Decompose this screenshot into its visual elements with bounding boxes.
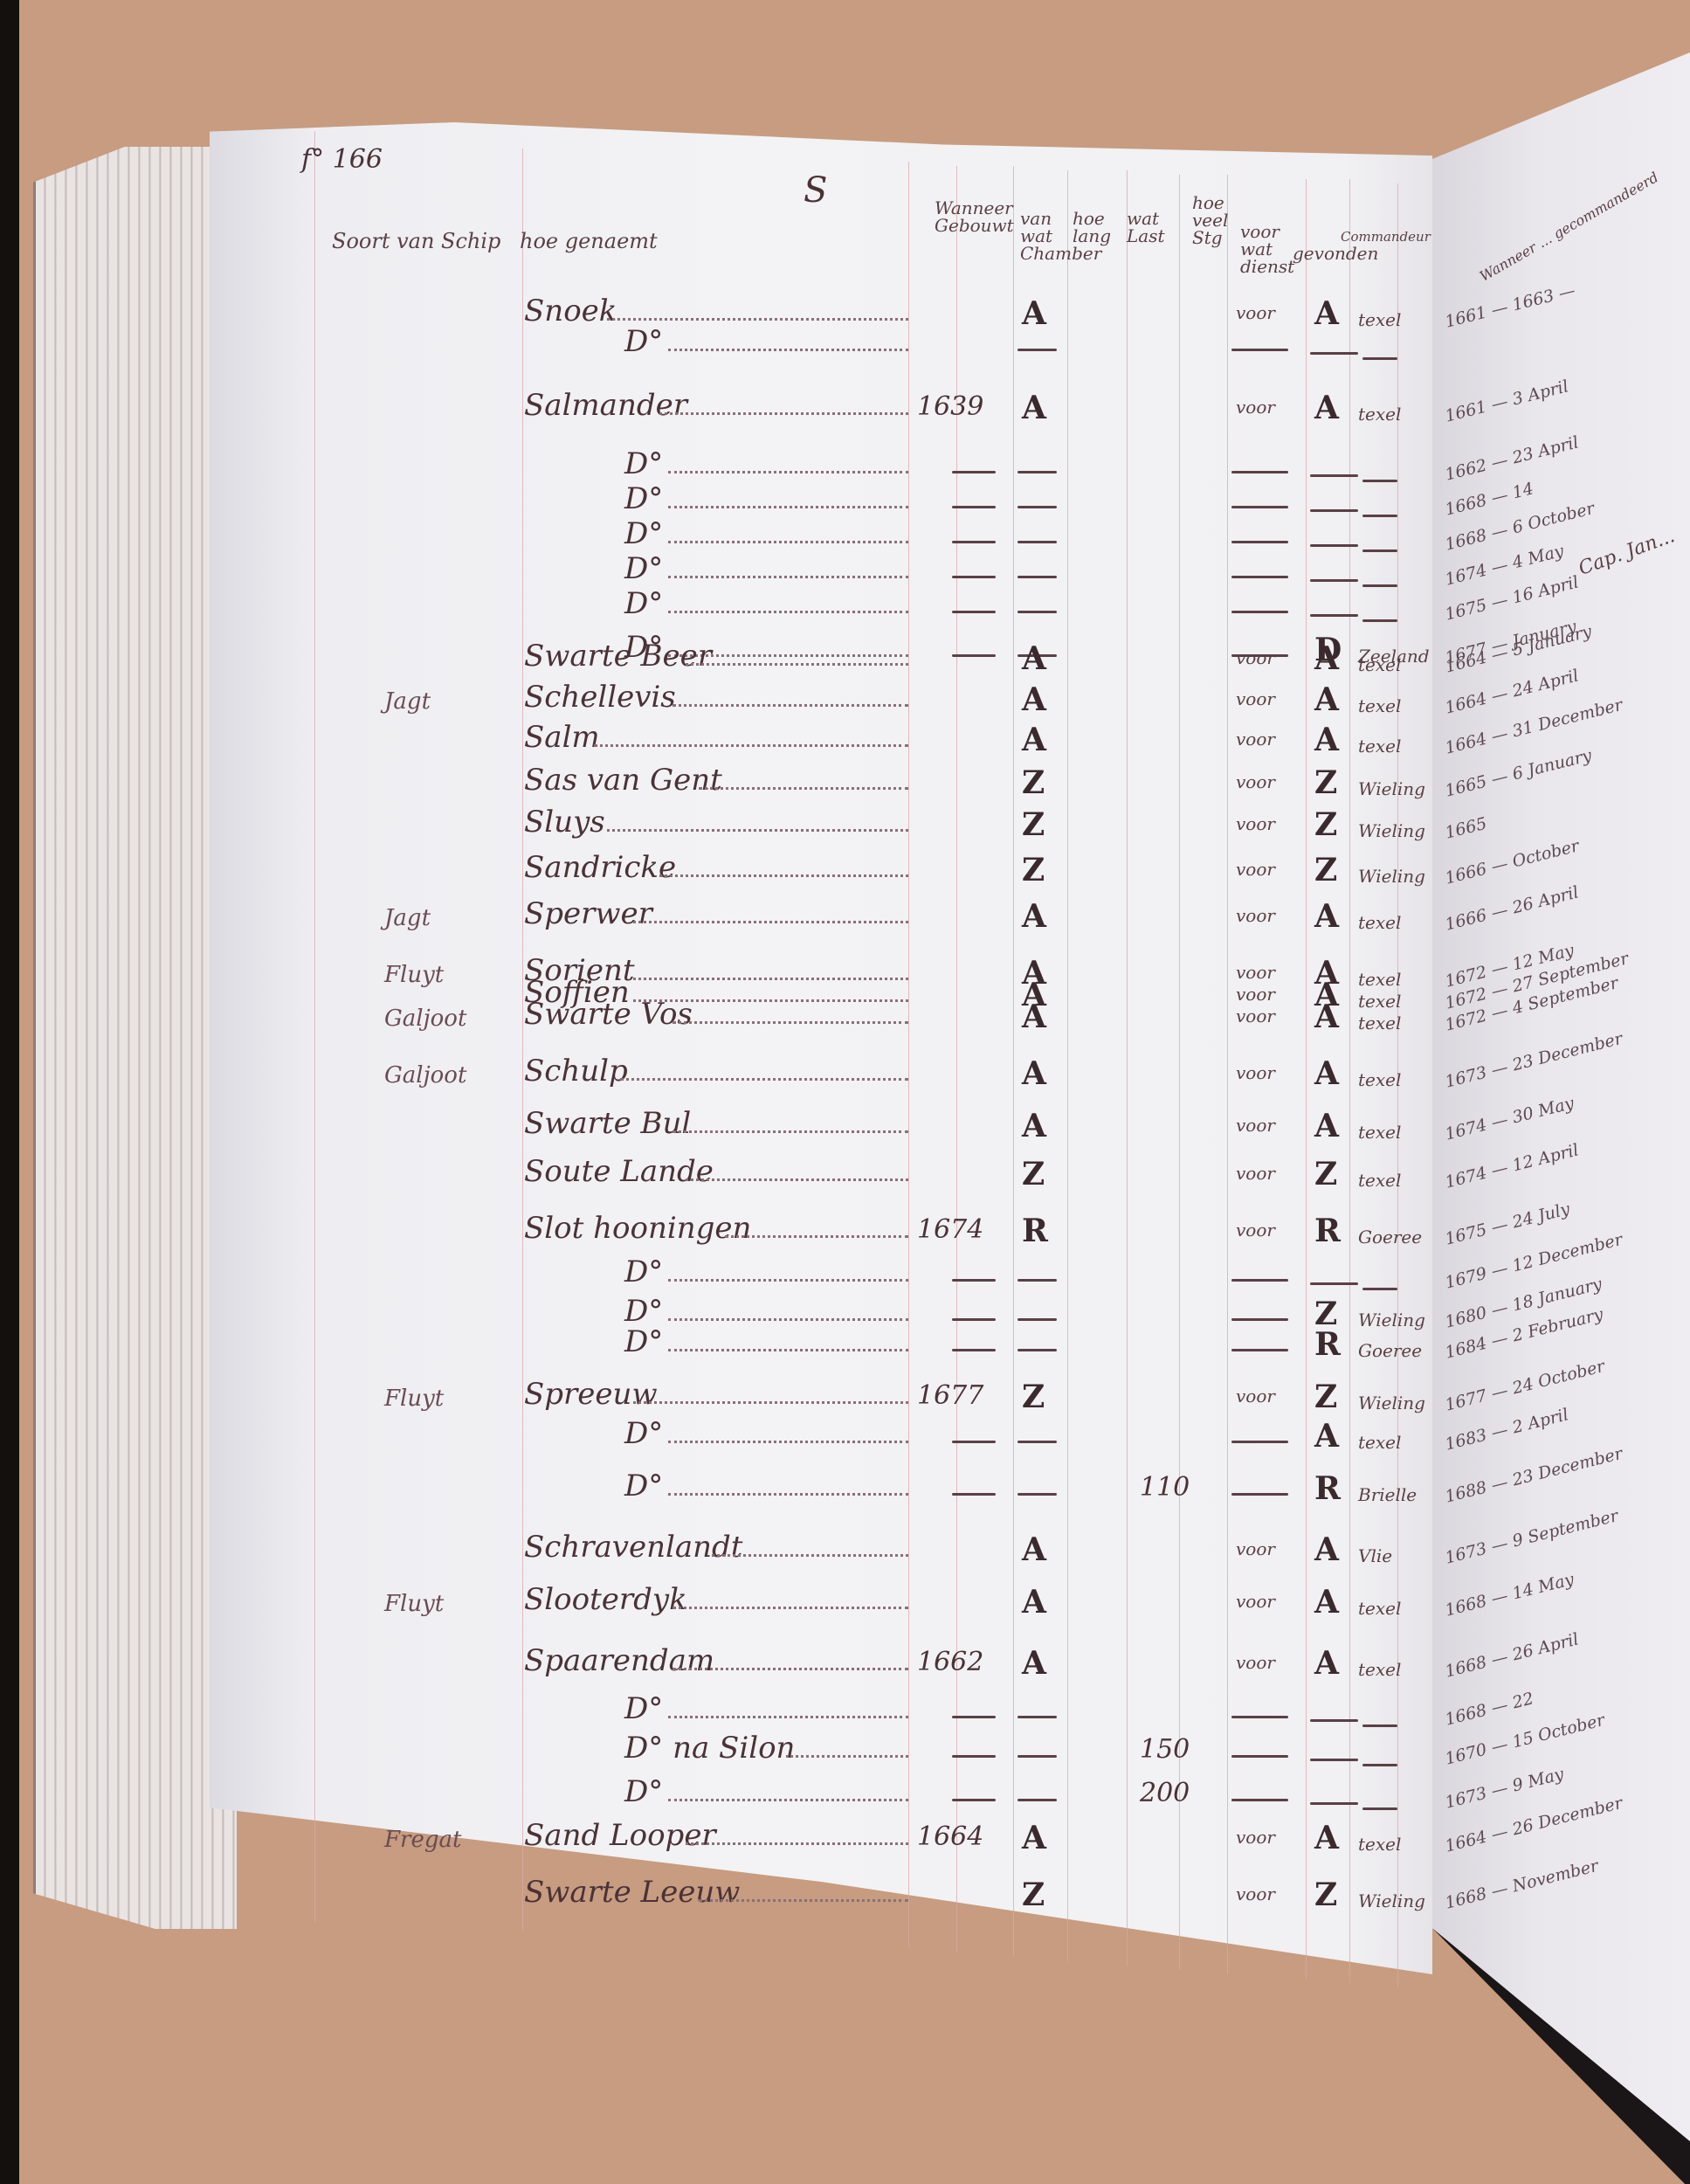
dotted-leader — [659, 412, 908, 415]
ditto-dash — [1017, 541, 1057, 543]
column-rule — [1127, 170, 1128, 1966]
ditto-dash — [1231, 611, 1288, 613]
column-rule — [956, 166, 957, 1952]
dotted-leader — [594, 744, 908, 747]
ditto-dash — [1231, 576, 1288, 578]
found-chamber-letter: A — [1314, 1055, 1339, 1092]
dotted-leader — [668, 349, 908, 351]
place-name: texel — [1358, 1170, 1401, 1191]
header-chamber: van wat Chamber — [1020, 210, 1073, 262]
ship-name: D° — [624, 1324, 663, 1359]
ditto-dash — [952, 576, 996, 578]
ship-name: Swarte Leeuw — [524, 1875, 740, 1910]
ditto-dash — [952, 1799, 996, 1801]
chamber-letter: Z — [1022, 1379, 1045, 1415]
destination-voor: voor — [1236, 647, 1275, 668]
ship-name: D° — [624, 1774, 663, 1809]
found-chamber-letter: Z — [1314, 1876, 1337, 1913]
ditto-dash — [1362, 1807, 1397, 1810]
chamber-letter: Z — [1022, 1876, 1045, 1913]
place-name: texel — [1358, 1069, 1401, 1090]
found-chamber-letter: Z — [1314, 1156, 1337, 1192]
ditto-dash — [1017, 611, 1057, 613]
destination-voor: voor — [1236, 1006, 1275, 1026]
ship-name: D° — [624, 516, 663, 551]
ship-type: Galjoot — [384, 1062, 466, 1089]
last-value: 150 — [1140, 1734, 1190, 1765]
ditto-dash — [1231, 349, 1288, 351]
place-name: texel — [1358, 1432, 1401, 1453]
dotted-leader — [668, 576, 908, 578]
column-rule — [1306, 179, 1307, 1979]
found-chamber-letter: A — [1314, 999, 1339, 1035]
ditto-dash — [952, 1279, 996, 1282]
chamber-letter: A — [1022, 640, 1046, 677]
built-year: 1639 — [917, 391, 983, 422]
ditto-dash — [952, 506, 996, 508]
dotted-leader — [607, 318, 908, 321]
place-name: Goeree — [1358, 1340, 1422, 1361]
ship-name: Sperwer — [524, 896, 652, 931]
ditto-dash — [1231, 1441, 1288, 1443]
place-name: texel — [1358, 969, 1401, 990]
dotted-leader — [686, 663, 908, 666]
dotted-leader — [673, 704, 908, 707]
ditto-dash — [952, 1349, 996, 1351]
dotted-leader — [633, 921, 908, 923]
ditto-dash — [1310, 1802, 1358, 1805]
found-chamber-letter: A — [1314, 681, 1339, 718]
destination-voor: voor — [1236, 771, 1275, 792]
found-chamber-letter: R — [1314, 1326, 1341, 1363]
dotted-leader — [699, 1899, 908, 1902]
chamber-letter: A — [1022, 722, 1046, 758]
dotted-leader — [659, 874, 908, 877]
ship-name: Sandricke — [524, 850, 676, 885]
place-name: texel — [1358, 1013, 1401, 1033]
built-year: 1662 — [917, 1647, 983, 1677]
destination-voor: voor — [1236, 729, 1275, 750]
destination-voor: voor — [1236, 1591, 1275, 1612]
ditto-dash — [952, 471, 996, 473]
ditto-dash — [1310, 1759, 1358, 1761]
ship-name: Salmander — [524, 388, 687, 423]
destination-voor: voor — [1236, 813, 1275, 834]
ship-type: Jagt — [384, 688, 431, 715]
ship-name: Swarte Vos — [524, 997, 693, 1032]
ship-name: Spaarendam — [524, 1643, 714, 1678]
place-name: texel — [1358, 912, 1401, 933]
letter-heading: S — [804, 170, 827, 211]
ditto-dash — [1310, 509, 1358, 512]
ditto-dash — [1362, 357, 1397, 360]
ditto-dash — [952, 1755, 996, 1758]
dotted-leader — [668, 541, 908, 543]
ship-type: Fluyt — [384, 1591, 444, 1617]
ship-name: D° — [624, 1416, 663, 1451]
ditto-dash — [1017, 1493, 1057, 1496]
ship-name: Sand Looper — [524, 1818, 716, 1853]
ditto-dash — [952, 1441, 996, 1443]
dotted-leader — [633, 978, 908, 980]
header-last: wat Last — [1127, 210, 1170, 245]
destination-voor: voor — [1236, 1062, 1275, 1083]
ship-name: D° — [624, 446, 663, 481]
ditto-dash — [1231, 506, 1288, 508]
found-chamber-letter: A — [1314, 898, 1339, 935]
ditto-dash — [1310, 579, 1358, 582]
ship-name: Swarte Beer — [524, 639, 712, 674]
ship-name: D° — [624, 481, 663, 516]
dotted-leader — [699, 787, 908, 790]
ship-name: D° — [624, 551, 663, 586]
ditto-dash — [1310, 1719, 1358, 1722]
column-rule — [908, 162, 909, 1948]
dotted-leader — [668, 1279, 908, 1282]
destination-voor: voor — [1236, 1883, 1275, 1904]
dotted-leader — [686, 1178, 908, 1181]
ditto-dash — [1231, 1349, 1288, 1351]
dotted-leader — [725, 1235, 908, 1238]
header-stg: hoe veel Stg — [1192, 194, 1227, 246]
found-chamber-letter: Z — [1314, 806, 1337, 843]
ditto-dash — [1231, 1716, 1288, 1718]
ship-name: Snoek — [524, 294, 617, 328]
ditto-dash — [1362, 549, 1397, 552]
chamber-letter: A — [1022, 295, 1046, 332]
found-chamber-letter: A — [1314, 1108, 1339, 1144]
ditto-dash — [1231, 541, 1288, 543]
dotted-leader — [786, 1755, 908, 1758]
ditto-dash — [1362, 1288, 1397, 1290]
ship-name: Salm — [524, 720, 600, 755]
place-name: texel — [1358, 1598, 1401, 1619]
ditto-dash — [1362, 515, 1397, 517]
dotted-leader — [673, 1021, 908, 1024]
ditto-dash — [952, 654, 996, 657]
place-name: Wieling — [1358, 866, 1425, 887]
place-name: Goeree — [1358, 1227, 1422, 1248]
place-name: Wieling — [1358, 1310, 1425, 1330]
header-built: Wanneer Gebouwt — [935, 199, 1004, 234]
destination-voor: voor — [1236, 1652, 1275, 1673]
ship-name: Schellevis — [524, 680, 676, 715]
ship-type: Fluyt — [384, 962, 444, 988]
dotted-leader — [712, 1554, 908, 1557]
folio-number: f° 166 — [301, 144, 383, 175]
destination-voor: voor — [1236, 1827, 1275, 1848]
ship-name: D° — [624, 324, 663, 359]
header-found: gevonden — [1293, 243, 1378, 264]
destination-voor: voor — [1236, 1220, 1275, 1241]
ditto-dash — [1362, 584, 1397, 587]
dotted-leader — [673, 1607, 908, 1609]
ditto-dash — [1017, 506, 1057, 508]
place-name: texel — [1358, 991, 1401, 1012]
dotted-leader — [673, 1668, 908, 1670]
ditto-dash — [952, 611, 996, 613]
found-chamber-letter: A — [1314, 295, 1339, 332]
chamber-letter: Z — [1022, 852, 1045, 888]
column-rule — [1349, 179, 1350, 1983]
chamber-letter: Z — [1022, 806, 1045, 843]
chamber-letter: A — [1022, 1584, 1046, 1621]
ditto-dash — [1231, 471, 1288, 473]
ditto-dash — [1362, 480, 1397, 482]
ditto-dash — [1231, 1318, 1288, 1321]
built-year: 1677 — [917, 1380, 983, 1411]
header-name: hoe genaemt — [520, 229, 658, 253]
found-chamber-letter: A — [1314, 1418, 1339, 1455]
ditto-dash — [1310, 352, 1358, 355]
ditto-dash — [1017, 349, 1057, 351]
found-chamber-letter: A — [1314, 1531, 1339, 1568]
ship-name: Sluys — [524, 805, 605, 840]
ditto-dash — [1017, 1318, 1057, 1321]
place-name: texel — [1358, 1834, 1401, 1855]
ditto-dash — [952, 1318, 996, 1321]
column-rule — [314, 131, 315, 1922]
chamber-letter: A — [1022, 1820, 1046, 1856]
ditto-dash — [1310, 544, 1358, 547]
place-name: Wieling — [1358, 1890, 1425, 1911]
chamber-letter: R — [1022, 1213, 1048, 1249]
column-rule — [1067, 170, 1068, 1961]
ditto-dash — [1362, 619, 1397, 622]
ditto-dash — [1017, 1716, 1057, 1718]
found-chamber-letter: R — [1314, 1470, 1341, 1507]
place-name: texel — [1358, 695, 1401, 716]
built-year: 1674 — [917, 1214, 983, 1245]
column-rule — [1227, 175, 1228, 1974]
ditto-dash — [952, 1716, 996, 1718]
found-chamber-letter: A — [1314, 1645, 1339, 1682]
dotted-leader — [668, 1716, 908, 1718]
ship-name: Schulp — [524, 1054, 628, 1089]
ditto-dash — [1017, 471, 1057, 473]
chamber-letter: A — [1022, 681, 1046, 718]
ship-name: D° na Silon — [624, 1731, 795, 1766]
destination-voor: voor — [1236, 688, 1275, 709]
place-name: texel — [1358, 309, 1401, 330]
chamber-letter: A — [1022, 999, 1046, 1035]
ditto-dash — [1362, 1764, 1397, 1766]
page-stack-edges — [33, 147, 237, 1929]
place-name: Wieling — [1358, 820, 1425, 841]
ship-name: Slot hooningen — [524, 1211, 751, 1246]
place-name: texel — [1358, 404, 1401, 425]
place-name: texel — [1358, 736, 1401, 757]
ditto-dash — [1017, 1799, 1057, 1801]
dotted-leader — [668, 611, 908, 613]
found-chamber-letter: R — [1314, 1213, 1341, 1249]
last-value: 110 — [1140, 1472, 1190, 1503]
ship-type: Fluyt — [384, 1386, 444, 1412]
destination-voor: voor — [1236, 1163, 1275, 1184]
chamber-letter: A — [1022, 1055, 1046, 1092]
found-chamber-letter: A — [1314, 722, 1339, 758]
photo-edge-shadow — [0, 0, 19, 2184]
dotted-leader — [668, 1493, 908, 1496]
chamber-letter: A — [1022, 1645, 1046, 1682]
place-name: Wieling — [1358, 1393, 1425, 1413]
found-chamber-letter: A — [1314, 390, 1339, 426]
ship-name: D° — [624, 586, 663, 621]
destination-voor: voor — [1236, 302, 1275, 323]
ship-type: Galjoot — [384, 1006, 466, 1032]
ditto-dash — [1017, 1279, 1057, 1282]
dotted-leader — [607, 829, 908, 832]
ditto-dash — [952, 1493, 996, 1496]
found-chamber-letter: A — [1314, 640, 1339, 677]
chamber-letter: A — [1022, 898, 1046, 935]
ship-name: Spreeuw — [524, 1377, 658, 1412]
place-name: texel — [1358, 1659, 1401, 1680]
ditto-dash — [1231, 1799, 1288, 1801]
chamber-letter: Z — [1022, 764, 1045, 801]
ditto-dash — [1231, 1755, 1288, 1758]
column-rule — [522, 149, 523, 1931]
built-year: 1664 — [917, 1821, 983, 1852]
found-chamber-letter: Z — [1314, 1379, 1337, 1415]
ditto-dash — [1310, 614, 1358, 617]
ship-name: D° — [624, 1254, 663, 1289]
found-chamber-letter: Z — [1314, 764, 1337, 801]
ditto-dash — [1017, 1441, 1057, 1443]
place-name: Vlie — [1358, 1545, 1392, 1566]
dotted-leader — [668, 1441, 908, 1443]
place-name: Brielle — [1358, 1484, 1417, 1505]
ship-name: Swarte Bul — [524, 1106, 691, 1141]
ship-name: D° — [624, 1469, 663, 1503]
ditto-dash — [1310, 474, 1358, 477]
destination-voor: voor — [1236, 1115, 1275, 1136]
last-value: 200 — [1140, 1778, 1190, 1808]
destination-voor: voor — [1236, 962, 1275, 983]
ship-name: D° — [624, 1294, 663, 1329]
ship-name: Soute Lande — [524, 1154, 714, 1189]
place-name: texel — [1358, 654, 1401, 675]
dotted-leader — [673, 1130, 908, 1133]
found-chamber-letter: A — [1314, 1820, 1339, 1856]
ditto-dash — [1017, 1755, 1057, 1758]
ship-name: Slooterdyk — [524, 1582, 687, 1617]
dotted-leader — [668, 1799, 908, 1801]
destination-voor: voor — [1236, 397, 1275, 418]
ship-type: Jagt — [384, 905, 431, 931]
destination-voor: voor — [1236, 859, 1275, 880]
ship-type: Fregat — [384, 1827, 461, 1853]
dotted-leader — [668, 1318, 908, 1321]
ship-name: Schravenlandt — [524, 1530, 742, 1565]
ditto-dash — [1017, 576, 1057, 578]
column-rule — [1179, 175, 1180, 1970]
dotted-leader — [668, 1349, 908, 1351]
destination-voor: voor — [1236, 1386, 1275, 1406]
ship-name: Sas van Gent — [524, 763, 722, 798]
chamber-letter: A — [1022, 390, 1046, 426]
destination-voor: voor — [1236, 905, 1275, 926]
chamber-letter: A — [1022, 1531, 1046, 1568]
place-name: Wieling — [1358, 778, 1425, 799]
place-name: texel — [1358, 1122, 1401, 1143]
chamber-letter: A — [1022, 1108, 1046, 1144]
ditto-dash — [1231, 1493, 1288, 1496]
header-type: Soort van Schip — [332, 229, 500, 253]
found-chamber-letter: Z — [1314, 852, 1337, 888]
ditto-dash — [1017, 1349, 1057, 1351]
ditto-dash — [1231, 1279, 1288, 1282]
column-rule — [1013, 166, 1014, 1957]
found-chamber-letter: A — [1314, 1584, 1339, 1621]
header-commander: Commandeur — [1341, 229, 1393, 245]
destination-voor: voor — [1236, 984, 1275, 1005]
ditto-dash — [1362, 1724, 1397, 1727]
chamber-letter: Z — [1022, 1156, 1045, 1192]
header-length: hoe lang — [1073, 210, 1116, 245]
dotted-leader — [668, 471, 908, 473]
ditto-dash — [952, 541, 996, 543]
dotted-leader — [668, 506, 908, 508]
dotted-leader — [686, 1842, 908, 1845]
ditto-dash — [1310, 1282, 1358, 1285]
dotted-leader — [633, 1401, 908, 1404]
ship-name: D° — [624, 1691, 663, 1726]
dotted-leader — [620, 1078, 908, 1081]
destination-voor: voor — [1236, 1538, 1275, 1559]
